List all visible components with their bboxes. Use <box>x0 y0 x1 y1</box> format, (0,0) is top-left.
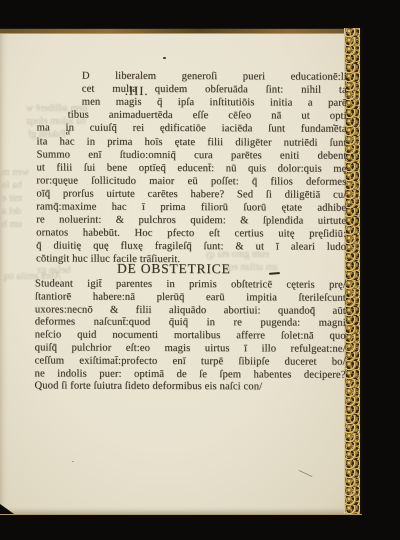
text-line: ror:quęue ſollicitudo maior eū poſſet: q… <box>36 174 346 188</box>
section-heading: DE OBSTETRICE <box>117 261 231 277</box>
text-line: ita hac in prima hoīs ętate filii diligē… <box>37 135 347 149</box>
text-line: q̄ diuitię quę fluxę fragileſq̄ ſunt: & … <box>36 239 346 253</box>
ink-speck <box>72 461 74 462</box>
text-line: Studeant igit̄ parentes in primis obſtet… <box>35 277 346 291</box>
text-line: Summo enī ſtudio:omniq̄ cura parētes eni… <box>36 148 346 162</box>
text-line: quiſq̄ pulchrior eſt:eo magis uirtus ī i… <box>35 341 346 355</box>
text-line: Quod ſi forte ſuiutra ſideto deformibus … <box>34 379 345 393</box>
text-line: men magis q̄ ipſa inſtitutiōis initia a … <box>37 95 347 109</box>
text-line: tibus animaduertēda eſſe cēſeo nā ut opt… <box>37 108 347 122</box>
printed-text-block: .III. a D liberalem generoſi pueri educa… <box>0 27 363 515</box>
backdrop-corner-wedge <box>0 504 14 514</box>
text-line: ma in cuiuſq̄ rei ędificatiōe iaciēda ſu… <box>37 121 347 135</box>
photo-backdrop: uem adliberē w ba iqlom eſoqz Pakeln gf … <box>0 0 400 540</box>
ink-dash-mark <box>269 272 280 275</box>
book-page: uem adliberē w ba iqlom eſoqz Pakeln gf … <box>0 28 362 515</box>
text-line: D liberalem generoſi pueri educationē:li <box>37 69 347 83</box>
ink-speck <box>333 124 335 126</box>
text-line: deformes naſcunt̄:quod q̄uiq̄ in re puge… <box>35 315 346 329</box>
text-line: ceſſum exiſtimat̄:profecto enī turpē ſib… <box>35 354 346 368</box>
text-line: ramq̄:maxime hac ī prima filiorū ſuorū ę… <box>36 200 346 214</box>
text-line: oīq̄ prorſus uirtute carētes habere? Sed… <box>36 187 346 201</box>
text-line: ut filii ſui bene optīeq̄ educent̄: nū q… <box>36 161 346 175</box>
ink-speck <box>163 57 166 59</box>
text-line: cet multa quidem obſeruāda ſint: nihil t… <box>37 82 347 96</box>
text-line: ornatos habebūt. Hoc pfecto eſt certius … <box>36 226 346 240</box>
text-line: neſcio quid nocumenti mortalibus afferre… <box>35 328 346 342</box>
text-line: ſtantiorē habere:nā plerūq̄ earū impitia… <box>35 290 346 304</box>
text-line: re noluerint: & pulchros quidem: & ſplen… <box>36 213 346 227</box>
